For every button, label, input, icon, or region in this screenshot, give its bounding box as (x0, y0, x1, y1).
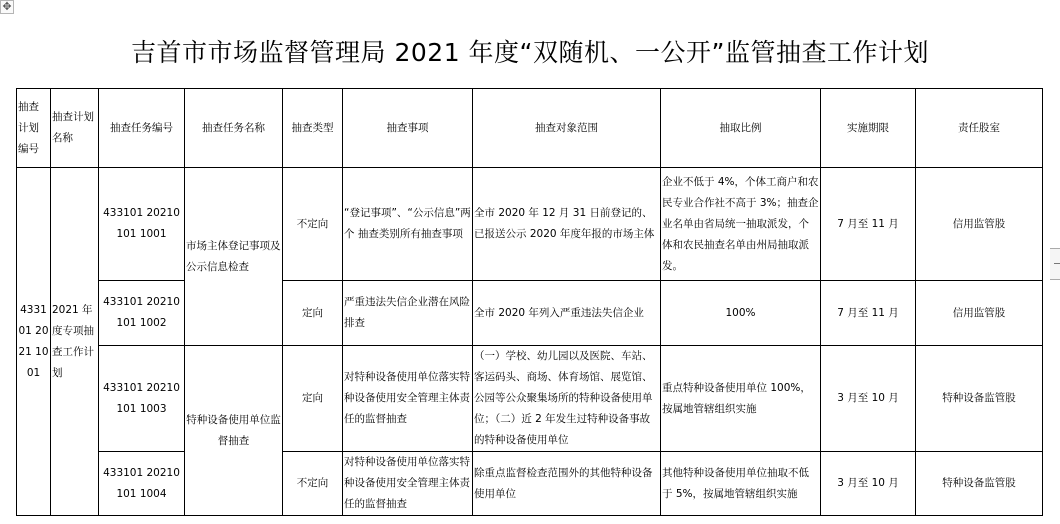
item-cell: 对特种设备使用单位落实特种设备使用安全管理主体责任的监督抽查 (343, 346, 473, 452)
plan-name-cell: 2021 年度专项抽查工作计划 (51, 168, 99, 516)
inspection-plan-table: 抽查计划编号 抽查计划名称 抽查任务编号 抽查任务名称 抽查类型 抽查事项 抽查… (16, 88, 1043, 516)
header-plan-id: 抽查计划编号 (17, 89, 51, 168)
task-name-cell: 特种设备使用单位监督抽查 (185, 346, 283, 516)
item-cell: 严重违法失信企业潜在风险排查 (343, 281, 473, 346)
task-id-cell: 433101 20210101 1001 (99, 168, 185, 281)
dept-cell: 特种设备监管股 (916, 452, 1043, 516)
task-name-cell: 市场主体登记事项及公示信息检查 (185, 168, 283, 346)
task-id-cell: 433101 20210101 1002 (99, 281, 185, 346)
item-cell: “登记事项”、“公示信息”两个 抽查类别所有抽查事项 (343, 168, 473, 281)
period-cell: 3 月至 10 月 (821, 346, 916, 452)
type-cell: 不定向 (283, 168, 343, 281)
dept-cell: 特种设备监管股 (916, 346, 1043, 452)
type-cell: 定向 (283, 346, 343, 452)
header-plan-name: 抽查计划名称 (51, 89, 99, 168)
ratio-cell: 企业不低于 4%，个体工商户和农民专业合作社不高于 3%；抽查企业名单由省局统一… (661, 168, 821, 281)
header-period: 实施期限 (821, 89, 916, 168)
type-cell: 定向 (283, 281, 343, 346)
dept-cell: 信用监管股 (916, 281, 1043, 346)
header-ratio: 抽取比例 (661, 89, 821, 168)
header-item: 抽查事项 (343, 89, 473, 168)
type-cell: 不定向 (283, 452, 343, 516)
ratio-cell: 其他特种设备使用单位抽取不低于 5%，按属地管辖组织实施 (661, 452, 821, 516)
table-row: 433101 20210101 1002 定向 严重违法失信企业潜在风险排查 全… (17, 281, 1043, 346)
period-cell: 7 月至 11 月 (821, 281, 916, 346)
ratio-cell: 100% (661, 281, 821, 346)
row-resize-handle[interactable] (1050, 248, 1060, 280)
dept-cell: 信用监管股 (916, 168, 1043, 281)
header-dept: 责任股室 (916, 89, 1043, 168)
scope-cell: 全市 2020 年 12 月 31 日前登记的、已报送公示 2020 年度年报的… (473, 168, 661, 281)
header-scope: 抽查对象范围 (473, 89, 661, 168)
task-id-cell: 433101 20210101 1004 (99, 452, 185, 516)
header-task-id: 抽查任务编号 (99, 89, 185, 168)
header-task-name: 抽查任务名称 (185, 89, 283, 168)
table-move-handle-icon[interactable]: ✥ (0, 0, 14, 14)
scope-cell: 全市 2020 年列入严重违法失信企业 (473, 281, 661, 346)
table-row: 433101 2021 1001 2021 年度专项抽查工作计划 433101 … (17, 168, 1043, 281)
period-cell: 3 月至 10 月 (821, 452, 916, 516)
task-id-cell: 433101 20210101 1003 (99, 346, 185, 452)
header-row: 抽查计划编号 抽查计划名称 抽查任务编号 抽查任务名称 抽查类型 抽查事项 抽查… (17, 89, 1043, 168)
item-cell: 对特种设备使用单位落实特种设备使用安全管理主体责任的监督抽查 (343, 452, 473, 516)
table-row: 433101 20210101 1004 不定向 对特种设备使用单位落实特种设备… (17, 452, 1043, 516)
ratio-cell: 重点特种设备使用单位 100%，按属地管辖组织实施 (661, 346, 821, 452)
document-title: 吉首市市场监督管理局 2021 年度“双随机、一公开”监管抽查工作计划 (0, 36, 1060, 70)
table-row: 433101 20210101 1003 特种设备使用单位监督抽查 定向 对特种… (17, 346, 1043, 452)
scope-cell: 除重点监督检查范围外的其他特种设备使用单位 (473, 452, 661, 516)
period-cell: 7 月至 11 月 (821, 168, 916, 281)
scope-cell: （一）学校、幼儿园以及医院、车站、客运码头、商场、体育场馆、展览馆、公园等公众聚… (473, 346, 661, 452)
plan-id-cell: 433101 2021 1001 (17, 168, 51, 516)
header-type: 抽查类型 (283, 89, 343, 168)
